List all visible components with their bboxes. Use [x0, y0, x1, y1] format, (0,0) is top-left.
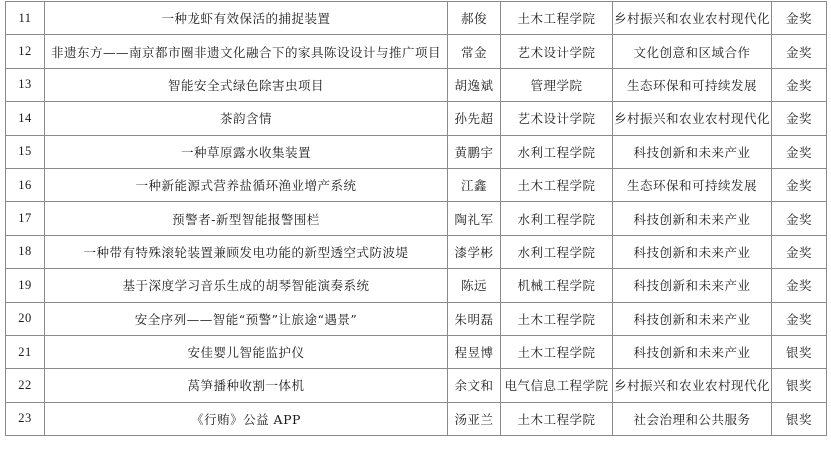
project-leader: 孙先超 [448, 102, 501, 135]
award-level: 金奖 [772, 235, 827, 268]
awards-table: 11 一种龙虾有效保活的捕捉装置 郝俊 土木工程学院 乡村振兴和农业农村现代化 … [5, 1, 827, 436]
project-name: 智能安全式绿色除害虫项目 [45, 68, 448, 101]
competition-track: 乡村振兴和农业农村现代化 [613, 2, 772, 35]
college: 艺术设计学院 [501, 102, 613, 135]
project-name: 一种带有特殊滚轮装置兼顾发电功能的新型透空式防波堤 [45, 235, 448, 268]
project-name: 预警者-新型智能报警围栏 [45, 202, 448, 235]
table-row: 15 一种草原露水收集装置 黄鹏宇 水利工程学院 科技创新和未来产业 金奖 [6, 135, 827, 168]
row-number: 16 [6, 168, 45, 201]
award-level: 银奖 [772, 402, 827, 435]
college: 机械工程学院 [501, 269, 613, 302]
row-number: 15 [6, 135, 45, 168]
college: 土木工程学院 [501, 2, 613, 35]
college: 土木工程学院 [501, 335, 613, 368]
project-leader: 余文和 [448, 369, 501, 402]
award-level: 金奖 [772, 202, 827, 235]
table-row: 12 非遗东方——南京都市圈非遗文化融合下的家具陈设设计与推广项目 常金 艺术设… [6, 35, 827, 68]
award-level: 金奖 [772, 35, 827, 68]
project-name: 一种草原露水收集装置 [45, 135, 448, 168]
project-name: 非遗东方——南京都市圈非遗文化融合下的家具陈设设计与推广项目 [45, 35, 448, 68]
competition-track: 科技创新和未来产业 [613, 135, 772, 168]
row-number: 20 [6, 302, 45, 335]
table-row: 21 安佳婴儿智能监护仪 程昱博 土木工程学院 科技创新和未来产业 银奖 [6, 335, 827, 368]
competition-track: 科技创新和未来产业 [613, 235, 772, 268]
college: 水利工程学院 [501, 202, 613, 235]
project-leader: 陶礼军 [448, 202, 501, 235]
row-number: 18 [6, 235, 45, 268]
row-number: 11 [6, 2, 45, 35]
college: 土木工程学院 [501, 168, 613, 201]
row-number: 17 [6, 202, 45, 235]
row-number: 13 [6, 68, 45, 101]
project-leader: 程昱博 [448, 335, 501, 368]
awards-table-body: 11 一种龙虾有效保活的捕捉装置 郝俊 土木工程学院 乡村振兴和农业农村现代化 … [6, 2, 827, 436]
college: 艺术设计学院 [501, 35, 613, 68]
project-leader: 常金 [448, 35, 501, 68]
competition-track: 科技创新和未来产业 [613, 335, 772, 368]
table-row: 17 预警者-新型智能报警围栏 陶礼军 水利工程学院 科技创新和未来产业 金奖 [6, 202, 827, 235]
row-number: 22 [6, 369, 45, 402]
table-row: 18 一种带有特殊滚轮装置兼顾发电功能的新型透空式防波堤 漆学彬 水利工程学院 … [6, 235, 827, 268]
row-number: 21 [6, 335, 45, 368]
award-level: 金奖 [772, 2, 827, 35]
table-row: 16 一种新能源式营养盐循环渔业增产系统 江鑫 土木工程学院 生态环保和可持续发… [6, 168, 827, 201]
row-number: 12 [6, 35, 45, 68]
award-level: 金奖 [772, 135, 827, 168]
award-level: 银奖 [772, 335, 827, 368]
project-leader: 江鑫 [448, 168, 501, 201]
award-level: 金奖 [772, 168, 827, 201]
college: 土木工程学院 [501, 302, 613, 335]
project-leader: 陈远 [448, 269, 501, 302]
competition-track: 生态环保和可持续发展 [613, 168, 772, 201]
competition-track: 乡村振兴和农业农村现代化 [613, 369, 772, 402]
project-leader: 黄鹏宇 [448, 135, 501, 168]
competition-track: 科技创新和未来产业 [613, 302, 772, 335]
college: 水利工程学院 [501, 235, 613, 268]
project-name: 一种龙虾有效保活的捕捉装置 [45, 2, 448, 35]
award-level: 金奖 [772, 102, 827, 135]
table-row: 22 莴笋播种收割一体机 余文和 电气信息工程学院 乡村振兴和农业农村现代化 银… [6, 369, 827, 402]
row-number: 19 [6, 269, 45, 302]
table-row: 14 茶韵含情 孙先超 艺术设计学院 乡村振兴和农业农村现代化 金奖 [6, 102, 827, 135]
project-leader: 漆学彬 [448, 235, 501, 268]
project-name: 《行贿》公益 APP [45, 402, 448, 435]
project-name: 安全序列——智能“预警”让旅途“遇景” [45, 302, 448, 335]
project-leader: 胡逸斌 [448, 68, 501, 101]
project-leader: 郝俊 [448, 2, 501, 35]
table-row: 23 《行贿》公益 APP 汤亚兰 土木工程学院 社会治理和公共服务 银奖 [6, 402, 827, 435]
row-number: 23 [6, 402, 45, 435]
competition-track: 科技创新和未来产业 [613, 202, 772, 235]
project-leader: 朱明磊 [448, 302, 501, 335]
competition-track: 文化创意和区域合作 [613, 35, 772, 68]
college: 管理学院 [501, 68, 613, 101]
table-row: 20 安全序列——智能“预警”让旅途“遇景” 朱明磊 土木工程学院 科技创新和未… [6, 302, 827, 335]
competition-track: 科技创新和未来产业 [613, 269, 772, 302]
college: 土木工程学院 [501, 402, 613, 435]
project-leader: 汤亚兰 [448, 402, 501, 435]
table-row: 13 智能安全式绿色除害虫项目 胡逸斌 管理学院 生态环保和可持续发展 金奖 [6, 68, 827, 101]
project-name: 基于深度学习音乐生成的胡琴智能演奏系统 [45, 269, 448, 302]
competition-track: 生态环保和可持续发展 [613, 68, 772, 101]
table-row: 19 基于深度学习音乐生成的胡琴智能演奏系统 陈远 机械工程学院 科技创新和未来… [6, 269, 827, 302]
award-level: 金奖 [772, 68, 827, 101]
row-number: 14 [6, 102, 45, 135]
competition-track: 乡村振兴和农业农村现代化 [613, 102, 772, 135]
award-level: 金奖 [772, 302, 827, 335]
project-name: 茶韵含情 [45, 102, 448, 135]
college: 电气信息工程学院 [501, 369, 613, 402]
award-level: 金奖 [772, 269, 827, 302]
project-name: 莴笋播种收割一体机 [45, 369, 448, 402]
project-name: 一种新能源式营养盐循环渔业增产系统 [45, 168, 448, 201]
table-row: 11 一种龙虾有效保活的捕捉装置 郝俊 土木工程学院 乡村振兴和农业农村现代化 … [6, 2, 827, 35]
award-level: 银奖 [772, 369, 827, 402]
project-name: 安佳婴儿智能监护仪 [45, 335, 448, 368]
college: 水利工程学院 [501, 135, 613, 168]
competition-track: 社会治理和公共服务 [613, 402, 772, 435]
